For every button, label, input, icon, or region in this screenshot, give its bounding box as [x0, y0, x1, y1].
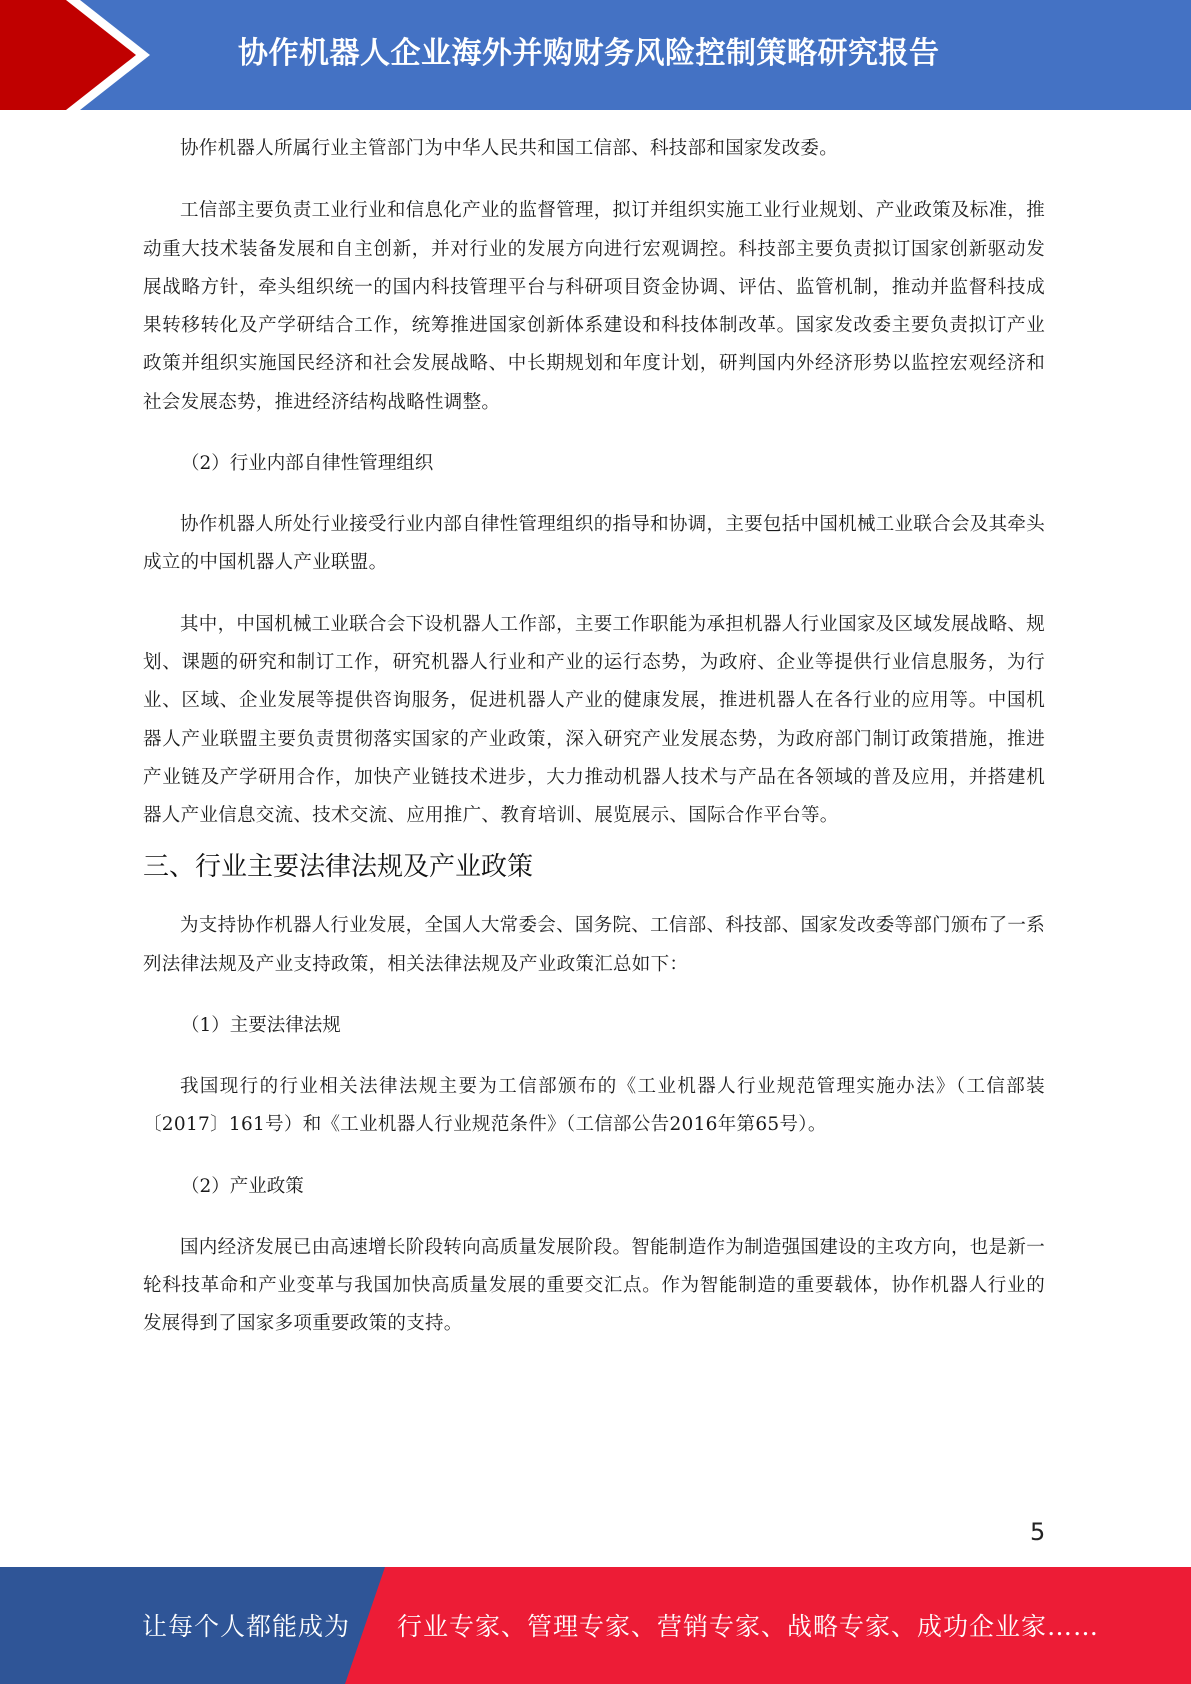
paragraph-laws: 我国现行的行业相关法律法规主要为工信部颁布的《工业机器人行业规范管理实施办法》（…: [143, 1068, 1045, 1145]
footer-slogan-right: 行业专家、管理专家、营销专家、战略专家、成功企业家……: [397, 1607, 1099, 1643]
paragraph-authorities: 协作机器人所属行业主管部门为中华人民共和国工信部、科技部和国家发改委。: [143, 130, 1045, 168]
report-title: 协作机器人企业海外并购财务风险控制策略研究报告: [238, 24, 998, 84]
section-heading-laws: 三、行业主要法律法规及产业政策: [143, 847, 1045, 887]
page-number: 5: [1030, 1518, 1045, 1546]
document-body: 协作机器人所属行业主管部门为中华人民共和国工信部、科技部和国家发改委。 工信部主…: [143, 130, 1045, 1344]
paragraph-self-regulatory: 协作机器人所处行业接受行业内部自律性管理组织的指导和协调，主要包括中国机械工业联…: [143, 506, 1045, 583]
subheading-policies: （2）产业政策: [143, 1168, 1045, 1206]
subheading-self-regulatory: （2）行业内部自律性管理组织: [143, 445, 1045, 483]
paragraph-ministry-duties: 工信部主要负责工业行业和信息化产业的监督管理，拟订并组织实施工业行业规划、产业政…: [143, 192, 1045, 422]
page-header: 协作机器人企业海外并购财务风险控制策略研究报告: [0, 0, 1191, 110]
paragraph-federation: 其中，中国机械工业联合会下设机器人工作部，主要工作职能为承担机器人行业国家及区域…: [143, 606, 1045, 836]
paragraph-policies: 国内经济发展已由高速增长阶段转向高质量发展阶段。智能制造作为制造强国建设的主攻方…: [143, 1229, 1045, 1344]
footer-slogan-left: 让每个人都能成为: [142, 1607, 350, 1643]
arrow-decoration-icon: [0, 0, 200, 110]
subheading-laws: （1）主要法律法规: [143, 1007, 1045, 1045]
page-footer: 让每个人都能成为 行业专家、管理专家、营销专家、战略专家、成功企业家……: [0, 1567, 1191, 1684]
paragraph-policy-intro: 为支持协作机器人行业发展，全国人大常委会、国务院、工信部、科技部、国家发改委等部…: [143, 907, 1045, 984]
